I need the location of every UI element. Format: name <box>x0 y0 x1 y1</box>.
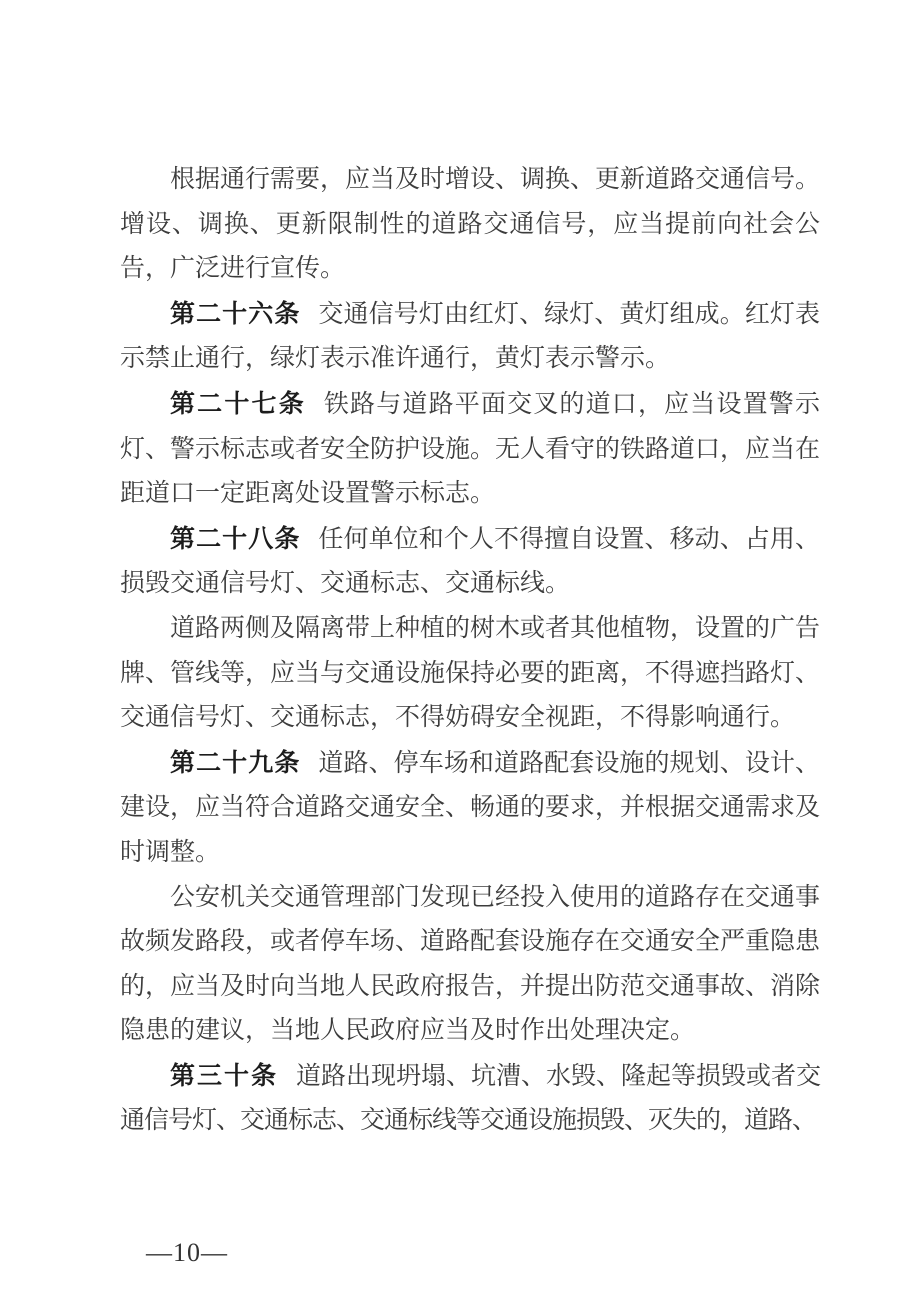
paragraph: 第二十九条道路、停车场和道路配套设施的规划、设计、建设，应当符合道路交通安全、畅… <box>120 741 820 876</box>
paragraph-text: 道路两侧及隔离带上种植的树木或者其他植物，设置的广告牌、管线等，应当与交通设施保… <box>120 615 820 731</box>
paragraph: 第三十条道路出现坍塌、坑漕、水毁、隆起等损毁或者交通信号灯、交通标志、交通标线等… <box>120 1054 820 1144</box>
article-number: 第二十七条 <box>170 390 306 418</box>
paragraph: 公安机关交通管理部门发现已经投入使用的道路存在交通事故频发路段，或者停车场、道路… <box>120 876 820 1054</box>
paragraph: 第二十七条铁路与道路平面交叉的道口，应当设置警示灯、警示标志或者安全防护设施。无… <box>120 382 820 517</box>
article-number: 第二十八条 <box>170 525 300 553</box>
document-body: 根据通行需要，应当及时增设、调换、更新道路交通信号。增设、调换、更新限制性的道路… <box>120 158 820 1144</box>
document-page: 根据通行需要，应当及时增设、调换、更新道路交通信号。增设、调换、更新限制性的道路… <box>0 0 920 1301</box>
article-number: 第三十条 <box>170 1062 278 1090</box>
paragraph: 第二十六条交通信号灯由红灯、绿灯、黄灯组成。红灯表示禁止通行，绿灯表示准许通行，… <box>120 292 820 382</box>
paragraph: 根据通行需要，应当及时增设、调换、更新道路交通信号。增设、调换、更新限制性的道路… <box>120 158 820 292</box>
paragraph-text: 根据通行需要，应当及时增设、调换、更新道路交通信号。增设、调换、更新限制性的道路… <box>120 166 820 282</box>
paragraph: 第二十八条任何单位和个人不得擅自设置、移动、占用、损毁交通信号灯、交通标志、交通… <box>120 517 820 607</box>
article-number: 第二十六条 <box>170 300 300 328</box>
paragraph: 道路两侧及隔离带上种植的树木或者其他植物，设置的广告牌、管线等，应当与交通设施保… <box>120 607 820 741</box>
paragraph-text: 公安机关交通管理部门发现已经投入使用的道路存在交通事故频发路段，或者停车场、道路… <box>120 884 820 1045</box>
page-number: —10— <box>146 1238 228 1268</box>
article-number: 第二十九条 <box>170 749 300 777</box>
